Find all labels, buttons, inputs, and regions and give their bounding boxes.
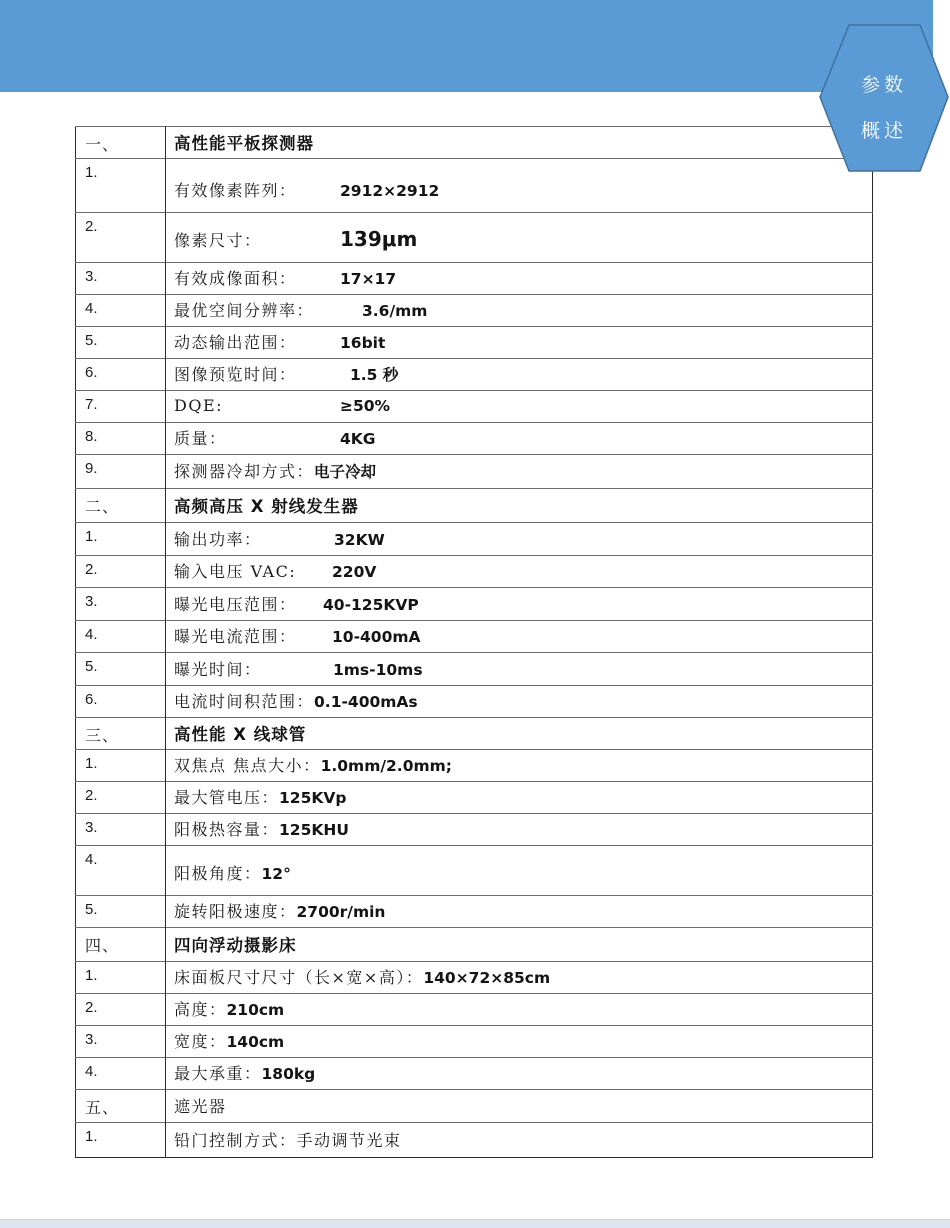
- hexagon-icon: [819, 23, 949, 173]
- row-value: 2700r/min: [297, 903, 386, 921]
- row-number: 3.: [76, 1026, 166, 1058]
- row-number: 2.: [76, 556, 166, 588]
- row-number: 4.: [76, 1058, 166, 1090]
- table-row: 3. 曝光电压范围：40-125KVP: [76, 588, 873, 621]
- section-title: 高性能 X 线球管: [174, 725, 306, 744]
- row-number: 5.: [76, 653, 166, 686]
- table-row: 1. 输出功率：32KW: [76, 523, 873, 556]
- row-label: 曝光电流范围：: [174, 624, 332, 647]
- row-label: 有效像素阵列：: [174, 178, 340, 201]
- row-value: 16bit: [340, 334, 385, 352]
- spec-table: 一、 高性能平板探测器 1. 有效像素阵列：2912×2912 2. 像素尺寸：…: [75, 126, 873, 1158]
- section-title: 高频高压 X 射线发生器: [174, 497, 359, 516]
- row-value: 125KVp: [279, 789, 346, 807]
- row-value: 210cm: [227, 1001, 285, 1019]
- row-number: 4.: [76, 621, 166, 653]
- row-label: 输出功率：: [174, 527, 334, 550]
- row-number: 9.: [76, 455, 166, 489]
- row-value: 2912×2912: [340, 182, 439, 200]
- table-row: 5. 动态输出范围：16bit: [76, 327, 873, 359]
- section-header-row: 三、 高性能 X 线球管: [76, 718, 873, 750]
- table-row: 1. 床面板尺寸尺寸（长×宽×高）：140×72×85cm: [76, 962, 873, 994]
- row-number: 4.: [76, 846, 166, 896]
- row-value: 3.6/mm: [362, 302, 427, 320]
- row-value: 12°: [262, 865, 291, 883]
- table-row: 2. 高度：210cm: [76, 994, 873, 1026]
- table-row: 1. 有效像素阵列：2912×2912: [76, 159, 873, 213]
- section-title: 四向浮动摄影床: [174, 936, 297, 955]
- table-row: 4. 曝光电流范围：10-400mA: [76, 621, 873, 653]
- section-number: 五、: [76, 1090, 166, 1123]
- section-header-row: 二、 高频高压 X 射线发生器: [76, 489, 873, 523]
- row-value: 220V: [332, 563, 376, 581]
- row-value: 140×72×85cm: [423, 969, 550, 987]
- row-number: 2.: [76, 213, 166, 263]
- row-label: 阳极热容量：: [174, 817, 279, 840]
- footer-band: [0, 1219, 950, 1228]
- table-row: 3. 宽度：140cm: [76, 1026, 873, 1058]
- row-label: 输入电压 VAC:: [174, 559, 332, 582]
- section-number: 四、: [76, 928, 166, 962]
- row-value: ≥50%: [340, 397, 390, 415]
- row-value: 125KHU: [279, 821, 349, 839]
- row-value: 0.1-400mAs: [314, 693, 418, 711]
- row-label: 阳极角度：: [174, 861, 262, 884]
- row-value: 32KW: [334, 531, 385, 549]
- row-value: 电子冷却: [314, 463, 376, 481]
- section-header-row: 五、 遮光器: [76, 1090, 873, 1123]
- row-number: 5.: [76, 327, 166, 359]
- section-number: 一、: [76, 127, 166, 159]
- table-row: 4. 最优空间分辨率：3.6/mm: [76, 295, 873, 327]
- badge-text-line2: 概述: [819, 116, 949, 143]
- row-value: 17×17: [340, 270, 396, 288]
- row-number: 8.: [76, 423, 166, 455]
- row-number: 7.: [76, 391, 166, 423]
- table-row: 1. 铅门控制方式：手动调节光束: [76, 1123, 873, 1158]
- row-label: 曝光时间：: [174, 657, 333, 680]
- document-page: { "page": { "header_band_color": "#5b9bd…: [0, 0, 950, 1228]
- row-label: 最大承重：: [174, 1061, 262, 1084]
- row-number: 2.: [76, 994, 166, 1026]
- section-header-row: 一、 高性能平板探测器: [76, 127, 873, 159]
- row-number: 3.: [76, 263, 166, 295]
- table-row: 7. DQE:≥50%: [76, 391, 873, 423]
- row-value: 40-125KVP: [323, 596, 419, 614]
- table-row: 9. 探测器冷却方式：电子冷却: [76, 455, 873, 489]
- params-overview-badge: 参数 概述: [819, 23, 949, 173]
- row-label: 宽度：: [174, 1029, 227, 1052]
- row-label: 电流时间积范围：: [174, 689, 314, 712]
- row-number: 5.: [76, 896, 166, 928]
- row-number: 1.: [76, 1123, 166, 1158]
- row-label: 最优空间分辨率：: [174, 298, 362, 321]
- row-number: 3.: [76, 814, 166, 846]
- row-label: 有效成像面积：: [174, 266, 340, 289]
- row-number: 1.: [76, 523, 166, 556]
- row-number: 4.: [76, 295, 166, 327]
- table-row: 6. 图像预览时间：1.5 秒: [76, 359, 873, 391]
- row-label: 图像预览时间：: [174, 362, 350, 385]
- table-row: 5. 曝光时间：1ms-10ms: [76, 653, 873, 686]
- row-number: 6.: [76, 359, 166, 391]
- section-number: 二、: [76, 489, 166, 523]
- table-row: 4. 最大承重：180kg: [76, 1058, 873, 1090]
- row-number: 1.: [76, 962, 166, 994]
- section-number: 三、: [76, 718, 166, 750]
- table-row: 6. 电流时间积范围：0.1-400mAs: [76, 686, 873, 718]
- table-row: 5. 旋转阳极速度：2700r/min: [76, 896, 873, 928]
- row-label: 曝光电压范围：: [174, 592, 323, 615]
- section-title: 遮光器: [174, 1097, 227, 1116]
- row-label: 最大管电压：: [174, 785, 279, 808]
- row-label: 旋转阳极速度：: [174, 899, 297, 922]
- row-label: 床面板尺寸尺寸（长×宽×高）：: [174, 965, 423, 988]
- row-number: 2.: [76, 782, 166, 814]
- badge-text-line1: 参数: [819, 70, 949, 97]
- row-number: 1.: [76, 159, 166, 213]
- row-value: 1.5 秒: [350, 366, 398, 384]
- row-label: 探测器冷却方式：: [174, 459, 314, 482]
- row-value: 4KG: [340, 430, 376, 448]
- table-row: 4. 阳极角度：12°: [76, 846, 873, 896]
- row-value: 1ms-10ms: [333, 661, 423, 679]
- table-row: 3. 阳极热容量：125KHU: [76, 814, 873, 846]
- row-label: 动态输出范围：: [174, 330, 340, 353]
- table-row: 8. 质量：4KG: [76, 423, 873, 455]
- row-number: 1.: [76, 750, 166, 782]
- row-value: 139μm: [340, 227, 417, 251]
- row-value: 1.0mm/2.0mm;: [321, 757, 452, 775]
- section-header-row: 四、 四向浮动摄影床: [76, 928, 873, 962]
- row-value: 180kg: [262, 1065, 316, 1083]
- row-label: 像素尺寸：: [174, 228, 340, 251]
- row-value: 10-400mA: [332, 628, 421, 646]
- row-label: DQE:: [174, 396, 340, 415]
- row-label: 高度：: [174, 997, 227, 1020]
- row-label: 双焦点 焦点大小：: [174, 753, 321, 776]
- row-number: 3.: [76, 588, 166, 621]
- row-value: 140cm: [227, 1033, 285, 1051]
- table-row: 3. 有效成像面积：17×17: [76, 263, 873, 295]
- table-row: 2. 像素尺寸：139μm: [76, 213, 873, 263]
- table-row: 2. 输入电压 VAC:220V: [76, 556, 873, 588]
- table-row: 2. 最大管电压：125KVp: [76, 782, 873, 814]
- header-band: [0, 0, 933, 92]
- row-label: 质量：: [174, 426, 340, 449]
- row-label: 铅门控制方式：手动调节光束: [174, 1128, 402, 1151]
- section-title: 高性能平板探测器: [174, 134, 314, 153]
- table-row: 1. 双焦点 焦点大小：1.0mm/2.0mm;: [76, 750, 873, 782]
- row-number: 6.: [76, 686, 166, 718]
